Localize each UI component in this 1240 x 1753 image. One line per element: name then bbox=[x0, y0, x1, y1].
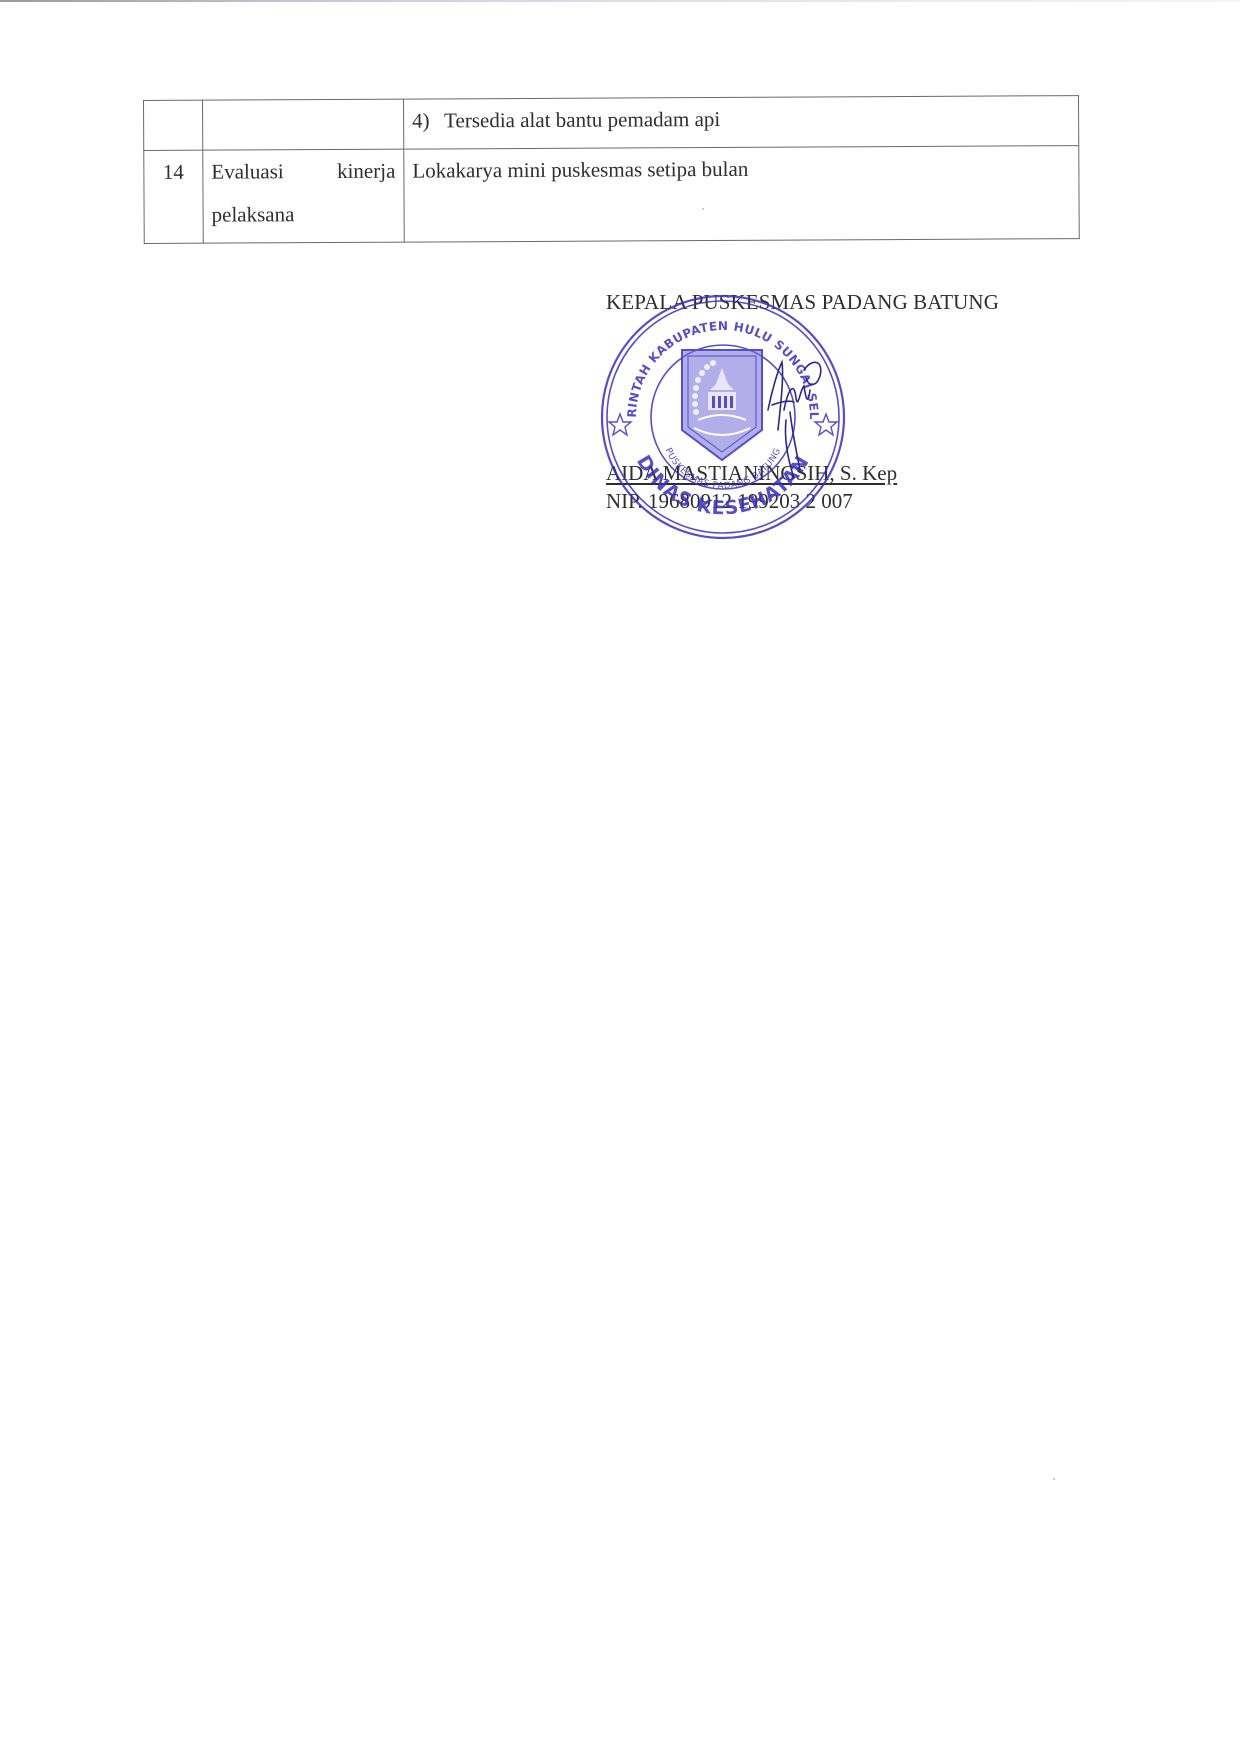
item-text-line2: pelaksana bbox=[211, 193, 395, 237]
activity-table: 4)Tersedia alat bantu pemadam api 14 Eva… bbox=[143, 95, 1080, 244]
signatory-name: AIDA MASTIANINGSIH, S. Kep bbox=[606, 461, 897, 486]
list-number: 4) bbox=[412, 99, 444, 142]
signatory-nip: NIP. 19680912 199203 2 007 bbox=[606, 489, 853, 514]
row-number-cell: 14 bbox=[144, 150, 203, 243]
description-cell: 4)Tersedia alat bantu pemadam api bbox=[403, 96, 1078, 150]
scan-speck bbox=[1053, 1478, 1055, 1480]
item-text-line1: Evaluasi kinerja bbox=[211, 150, 395, 194]
scan-edge bbox=[0, 0, 1240, 2]
row-number-cell bbox=[144, 100, 203, 150]
table-row: 14 Evaluasi kinerja pelaksana Lokakarya … bbox=[144, 146, 1079, 244]
description-cell: Lokakarya mini puskesmas setipa bulan bbox=[404, 146, 1079, 243]
scan-speck bbox=[702, 208, 704, 210]
table-row: 4)Tersedia alat bantu pemadam api bbox=[144, 96, 1079, 151]
description-text: Tersedia alat bantu pemadam api bbox=[444, 107, 720, 132]
description-text: Lokakarya mini puskesmas setipa bulan bbox=[412, 157, 748, 183]
item-cell bbox=[203, 99, 404, 150]
signatory-title: KEPALA PUSKESMAS PADANG BATUNG bbox=[606, 290, 999, 315]
item-cell: Evaluasi kinerja pelaksana bbox=[203, 149, 404, 243]
